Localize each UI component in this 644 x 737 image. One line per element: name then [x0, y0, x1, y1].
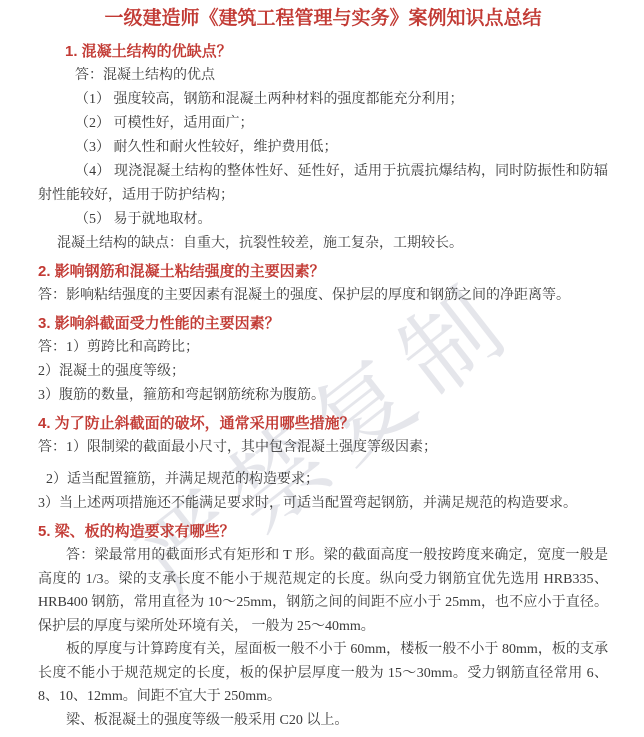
- paragraph: 答：混凝土结构的优点: [38, 64, 608, 88]
- paragraph: 2）混凝土的强度等级；: [38, 360, 608, 384]
- section-heading: 1. 混凝土结构的优缺点？: [65, 40, 608, 64]
- section: 2. 影响钢筋和混凝土粘结强度的主要因素？答：影响粘结强度的主要因素有混凝土的强…: [38, 260, 608, 308]
- paragraph: （4） 现浇混凝土结构的整体性好、延性好，适用于抗震抗爆结构，同时防振性和防辐射…: [38, 160, 608, 208]
- paragraph: （5） 易于就地取材。: [38, 208, 608, 232]
- section-heading: 2. 影响钢筋和混凝土粘结强度的主要因素？: [38, 260, 608, 284]
- section-heading: 5. 梁、板的构造要求有哪些？: [38, 520, 608, 544]
- section-heading: 3. 影响斜截面受力性能的主要因素？: [38, 312, 608, 336]
- paragraph: 梁、板混凝土的强度等级一般采用 C20 以上。: [38, 709, 608, 733]
- paragraph: 2）适当配置箍筋，并满足规范的构造要求；: [38, 468, 608, 492]
- paragraph: 答：影响粘结强度的主要因素有混凝土的强度、保护层的厚度和钢筋之间的净距离等。: [38, 284, 608, 308]
- paragraph: 答：1）限制梁的截面最小尺寸，其中包含混凝土强度等级因素；: [38, 436, 608, 460]
- section: 4. 为了防止斜截面的破坏，通常采用哪些措施？答：1）限制梁的截面最小尺寸，其中…: [38, 412, 608, 516]
- paragraph: （1） 强度较高，钢筋和混凝土两种材料的强度都能充分利用；: [38, 88, 608, 112]
- sections-container: 1. 混凝土结构的优缺点？答：混凝土结构的优点（1） 强度较高，钢筋和混凝土两种…: [38, 40, 608, 732]
- section: 3. 影响斜截面受力性能的主要因素？答：1）剪跨比和高跨比；2）混凝土的强度等级…: [38, 312, 608, 408]
- section: 5. 梁、板的构造要求有哪些？答：梁最常用的截面形式有矩形和 T 形。梁的截面高…: [38, 520, 608, 732]
- paragraph: 板的厚度与计算跨度有关，屋面板一般不小于 60mm，楼板一般不小于 80mm，板…: [38, 638, 608, 709]
- section: 1. 混凝土结构的优缺点？答：混凝土结构的优点（1） 强度较高，钢筋和混凝土两种…: [38, 40, 608, 256]
- document-page: 严禁复制 一级建造师《建筑工程管理与实务》案例知识点总结 1. 混凝土结构的优缺…: [0, 0, 644, 737]
- paragraph: 答：梁最常用的截面形式有矩形和 T 形。梁的截面高度一般按跨度来确定，宽度一般是…: [38, 544, 608, 638]
- section-heading: 4. 为了防止斜截面的破坏，通常采用哪些措施？: [38, 412, 608, 436]
- document-title: 一级建造师《建筑工程管理与实务》案例知识点总结: [38, 6, 608, 32]
- paragraph: （3） 耐久性和耐火性较好，维护费用低；: [38, 136, 608, 160]
- paragraph: 3）当上述两项措施还不能满足要求时，可适当配置弯起钢筋，并满足规范的构造要求。: [38, 492, 608, 516]
- paragraph: 混凝土结构的缺点：自重大，抗裂性较差，施工复杂，工期较长。: [38, 232, 608, 256]
- paragraph: 答：1）剪跨比和高跨比；: [38, 336, 608, 360]
- document-content: 一级建造师《建筑工程管理与实务》案例知识点总结 1. 混凝土结构的优缺点？答：混…: [38, 6, 608, 732]
- paragraph: （2） 可模性好，适用面广；: [38, 112, 608, 136]
- paragraph: 3）腹筋的数量，箍筋和弯起钢筋统称为腹筋。: [38, 384, 608, 408]
